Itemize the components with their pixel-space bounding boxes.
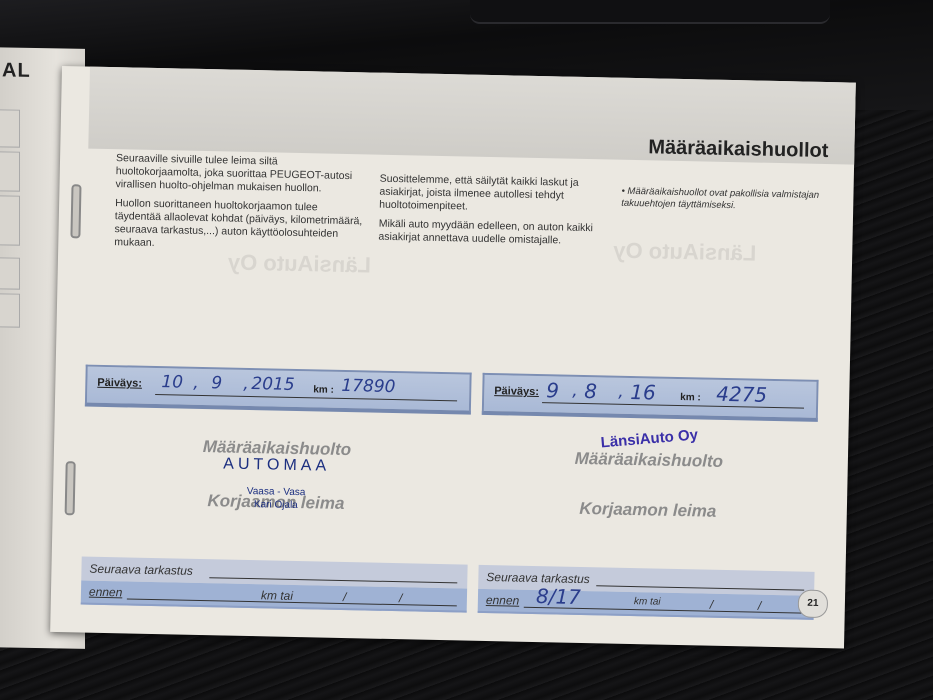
km-or-label: km tai [634,596,661,608]
date-label: Päiväys: [494,385,539,398]
stamp-area: LänsiAuto Oy Määräaikaishuolto Korjaamon… [479,415,818,572]
underline [596,585,804,590]
note-text: • Määräaikaishuollot ovat pakollisia val… [621,186,821,214]
before-label: ennen [89,585,123,600]
wallet [470,0,830,24]
km-label: km : [313,384,334,395]
ghost-stamp-text: LänsiAuto Oy [613,238,757,267]
underline [524,607,804,614]
service-record-2: Päiväys: 9 , 8 , 16 km : 4275 LänsiAuto … [478,373,819,620]
date-year[interactable]: 2015 [251,374,295,395]
next-inspection-label: Seuraava tarkastus [89,562,193,578]
km-value[interactable]: 17890 [341,376,396,397]
date-month[interactable]: 8 [584,379,597,403]
before-label: ennen [486,593,520,608]
km-label: km : [680,392,701,403]
left-page-tab [0,195,20,246]
left-page-title: AL [2,59,31,83]
intro-column-1: Seuraaville sivuille tulee leima siltä h… [114,152,366,260]
intro-paragraph: Suosittelemme, että säilytät kaikki lask… [379,173,602,217]
left-page-tab [0,151,20,192]
underline [209,577,457,583]
staple [65,461,76,515]
left-page-tab [0,109,20,148]
left-page-tab [0,293,20,328]
before-value[interactable]: 8/17 [536,584,581,609]
underline [155,394,457,401]
intro-paragraph: Huollon suorittaneen huoltokorjaamon tul… [114,197,365,254]
page-title: Määräaikaishuollot [648,136,829,163]
stamp-area-subtitle: Korjaamon leima [480,497,816,524]
intro-paragraph: Seuraaville sivuille tulee leima siltä h… [115,152,366,196]
left-page-tab [0,257,20,290]
km-value[interactable]: 4275 [716,382,767,407]
date-row: Päiväys: 9 , 8 , 16 km : 4275 [482,373,819,422]
staple [70,184,81,238]
booklet-page: Määräaikaishuollot Seuraaville sivuille … [50,66,856,649]
page-number: 21 [798,590,829,619]
stamp-area-title: Määräaikaishuolto [481,447,817,474]
intro-paragraph: Mikäli auto myydään edelleen, on auton k… [378,218,600,249]
intro-column-2: Suosittelemme, että säilytät kaikki lask… [378,173,602,255]
date-day[interactable]: 10 [161,372,183,392]
service-record-1: Päiväys: 10 , 9 , 2015 km : 17890 Määräa… [81,365,472,613]
date-label: Päiväys: [97,377,142,390]
date-day[interactable]: 9 [546,378,559,402]
stamp-area: Määräaikaishuolto AUTOMAA Korjaamon leim… [82,407,471,565]
ghost-stamp-text: LänsiAuto Oy [228,250,372,279]
date-month[interactable]: 9 [211,373,222,393]
date-year[interactable]: 16 [630,380,656,405]
